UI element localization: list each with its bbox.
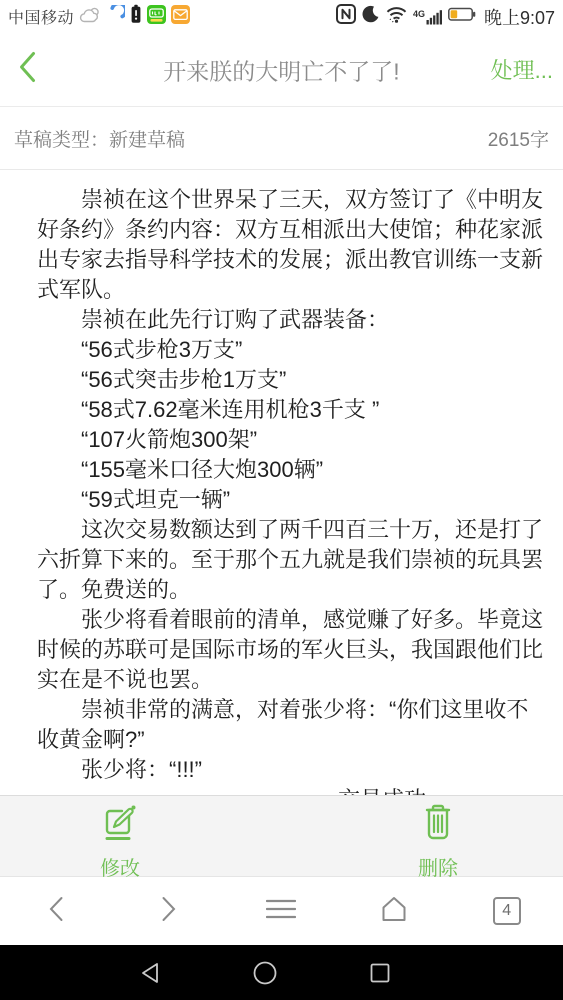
delete-button[interactable]: 删除 bbox=[378, 804, 498, 881]
android-recents-button[interactable] bbox=[369, 962, 391, 984]
draft-info-row: 草稿类型：新建草稿 2615字 bbox=[0, 107, 563, 170]
paragraph: 崇祯在此先行订购了武器装备： bbox=[37, 305, 543, 335]
paragraph: 崇祯非常的满意，对着张少将：“你们这里收不收黄金啊?” bbox=[37, 695, 543, 755]
page-title: 开来朕的大明亡不了了! bbox=[163, 53, 399, 86]
trash-icon bbox=[419, 804, 457, 850]
back-chevron-icon bbox=[16, 49, 38, 90]
paragraph: “107火箭炮300架” bbox=[37, 425, 543, 455]
paragraph: “155毫米口径大炮300辆” bbox=[37, 455, 543, 485]
browser-nav-bar: 4 bbox=[0, 877, 563, 945]
android-nav-bar bbox=[0, 945, 563, 1000]
browser-forward-icon bbox=[160, 895, 178, 928]
edit-pencil-icon bbox=[101, 804, 139, 850]
clock-label: 晚上9:07 bbox=[484, 4, 555, 30]
paragraph: “56式突击步枪1万支” bbox=[37, 365, 543, 395]
status-bar-right: 4G 晚上9:07 bbox=[336, 4, 555, 30]
browser-back-button[interactable] bbox=[0, 895, 113, 928]
mail-notification-icon bbox=[171, 5, 190, 29]
browser-menu-button[interactable] bbox=[225, 897, 338, 926]
reader-app-notification-icon bbox=[147, 5, 166, 29]
wifi-icon bbox=[385, 5, 408, 29]
paragraph: 崇祯在这个世界呆了三天，双方签订了《中明友好条约》条约内容：双方互相派出大使馆；… bbox=[37, 185, 543, 305]
do-not-disturb-moon-icon bbox=[361, 5, 380, 29]
android-back-button[interactable] bbox=[139, 961, 161, 985]
word-count-label: 2615字 bbox=[488, 125, 549, 152]
nav-bar: 开来朕的大明亡不了了! 处理... bbox=[0, 33, 563, 107]
process-button[interactable]: 处理... bbox=[491, 54, 563, 85]
network-type-label: 4G bbox=[413, 9, 425, 19]
battery-alert-icon bbox=[130, 4, 142, 29]
draft-type-label: 草稿类型：新建草稿 bbox=[14, 125, 185, 152]
draft-text-content: 崇祯在这个世界呆了三天，双方签订了《中明友好条约》条约内容：双方互相派出大使馆；… bbox=[0, 170, 563, 795]
bottom-toolbar: 修改 删除 bbox=[0, 795, 563, 877]
sync-loader-icon bbox=[106, 5, 125, 29]
signal-strength-icon: 4G bbox=[413, 8, 443, 25]
weather-icon bbox=[79, 6, 101, 28]
carrier-label: 中国移动 bbox=[8, 5, 74, 28]
paragraph: “56式步枪3万支” bbox=[37, 335, 543, 365]
paragraph: 张少将看着眼前的清单，感觉赚了好多。毕竟这时候的苏联可是国际市场的军火巨头，我国… bbox=[37, 605, 543, 695]
status-bar-left: 中国移动 bbox=[8, 4, 190, 29]
browser-forward-button[interactable] bbox=[113, 895, 226, 928]
browser-tabs-button[interactable]: 4 bbox=[450, 897, 563, 925]
paragraph-clipped: 交易成功 bbox=[37, 785, 543, 795]
browser-back-icon bbox=[47, 895, 65, 928]
home-icon bbox=[380, 896, 408, 927]
delete-button-label: 删除 bbox=[418, 852, 458, 881]
browser-home-button[interactable] bbox=[338, 896, 451, 927]
tab-count-icon: 4 bbox=[493, 897, 521, 925]
menu-icon bbox=[266, 897, 296, 926]
back-button[interactable] bbox=[0, 39, 48, 100]
paragraph: “59式坦克一辆” bbox=[37, 485, 543, 515]
edit-button-label: 修改 bbox=[100, 852, 140, 881]
android-home-button[interactable] bbox=[252, 960, 278, 986]
paragraph: 张少将：“!!!” bbox=[37, 755, 543, 785]
nfc-icon bbox=[336, 4, 356, 29]
status-bar: 中国移动 4G 晚上9:07 bbox=[0, 0, 563, 33]
edit-button[interactable]: 修改 bbox=[60, 804, 180, 881]
paragraph: “58式7.62毫米连用机枪3千支 ” bbox=[37, 395, 543, 425]
battery-level-icon bbox=[448, 7, 476, 27]
paragraph: 这次交易数额达到了两千四百三十万，还是打了六折算下来的。至于那个五九就是我们崇祯… bbox=[37, 515, 543, 605]
